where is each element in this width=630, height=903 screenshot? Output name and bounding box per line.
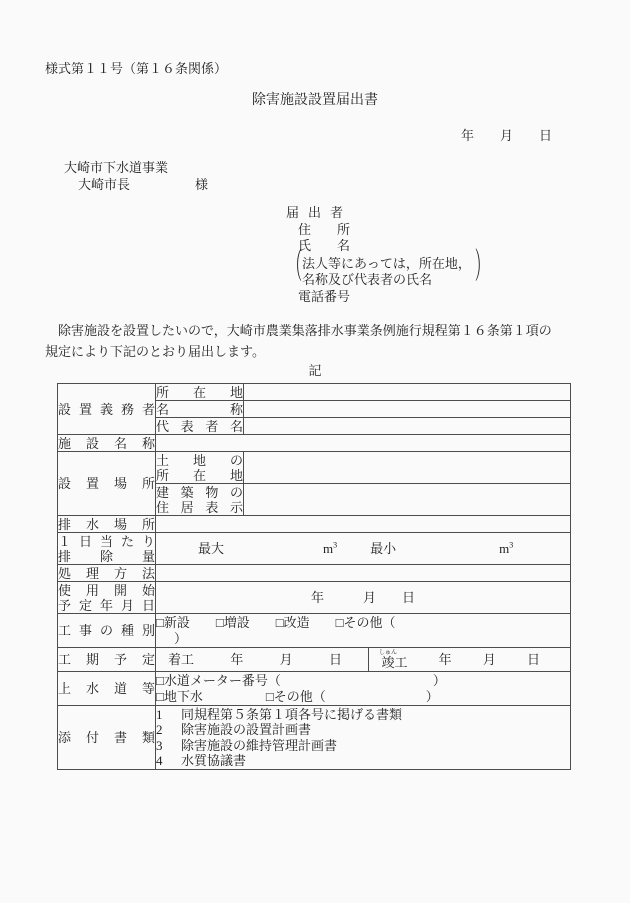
table-row: 工期予定 着工 年 月 日 竣しゅん工 年 月 日 xyxy=(58,648,571,672)
schedule-end-month: 月 xyxy=(483,652,496,667)
notifier-address-label: 住 所 xyxy=(298,222,630,239)
field-installer-representative xyxy=(244,418,571,435)
field-land-location xyxy=(244,452,571,484)
checkbox-icon: □ xyxy=(266,689,274,704)
schedule-start-year: 年 xyxy=(230,652,243,667)
corporate-note-line1: 法人等にあっては，所在地， xyxy=(302,256,471,272)
label-water-supply: 上水道等 xyxy=(58,672,156,706)
checkbox-icon: □ xyxy=(156,673,164,688)
water-other-close: ） xyxy=(426,689,439,704)
label-daily-discharge: １日当たり 排除量 xyxy=(58,533,156,565)
schedule-start-day: 日 xyxy=(329,652,342,667)
label-schedule: 工期予定 xyxy=(58,648,156,672)
field-daily-discharge: 最大m3最小m3 xyxy=(156,533,571,565)
checkbox-icon: □ xyxy=(156,615,164,630)
corporate-note-lines: 法人等にあっては，所在地， 名称及び代表者の氏名 xyxy=(302,256,471,288)
field-construction-type: □新設□増設□改造□その他（ ） xyxy=(156,614,571,648)
table-row: 工事の種別 □新設□増設□改造□その他（ ） xyxy=(58,614,571,648)
table-row: １日当たり 排除量 最大m3最小m3 xyxy=(58,533,571,565)
field-installer-location xyxy=(244,384,571,401)
field-facility-name xyxy=(156,435,571,452)
open-paren: （ xyxy=(288,251,298,292)
table-row: 上水道等 □水道メーター番号（） □地下水□その他（） xyxy=(58,672,571,706)
addressee-mayor: 大崎市長 xyxy=(78,176,195,193)
table-row: 添付書類 1同規程第５条第１項各号に掲げる書類 2除害施設の設置計画書 3除害施… xyxy=(58,706,571,770)
construction-options: □新設□増設□改造□その他（ xyxy=(156,615,570,631)
field-installer-name xyxy=(244,401,571,418)
sublabel-installer-location: 所在地 xyxy=(156,384,244,401)
table-row: 排水場所 xyxy=(58,516,571,533)
form-number: 様式第１１号（第１６条関係） xyxy=(45,60,630,77)
construction-other-close: ） xyxy=(156,631,570,647)
attachment-item: 3除害施設の維持管理計画書 xyxy=(156,738,570,754)
table-row: 処理方法 xyxy=(58,565,571,582)
option-label: 改造 xyxy=(284,615,310,630)
checkbox-icon: □ xyxy=(216,615,224,630)
sublabel-building-address: 建築物の 住居表示 xyxy=(156,484,244,516)
field-attachments: 1同規程第５条第１項各号に掲げる書類 2除害施設の設置計画書 3除害施設の維持管… xyxy=(156,706,571,770)
table-row: 施設名称 xyxy=(58,435,571,452)
checkbox-icon: □ xyxy=(276,615,284,630)
notifier-block: 届出者 住 所 氏 名 （ 法人等にあっては，所在地， 名称及び代表者の氏名 ）… xyxy=(286,205,630,305)
water-meter-close: ） xyxy=(433,673,446,688)
addressee-block: 大崎市下水道事業 大崎市長様 xyxy=(64,159,630,193)
label-installation-site: 設置場所 xyxy=(58,452,156,516)
form-table: 設置義務者 所在地 名称 代表者名 施設名称 設置場所 土地の 所在地 xyxy=(57,383,571,770)
discharge-min-label: 最小 xyxy=(370,541,396,556)
page-title: 除害施設設置届出書 xyxy=(0,92,630,110)
table-row: 使用開始 予定年月日 年 月 日 xyxy=(58,582,571,614)
addressee-org: 大崎市下水道事業 xyxy=(64,159,630,176)
field-start-date: 年 月 日 xyxy=(156,582,571,614)
field-drainage-site xyxy=(156,516,571,533)
record-mark: 記 xyxy=(0,363,630,379)
date-line: 年 月 日 xyxy=(0,127,630,144)
schedule-start-label: 着工 xyxy=(168,652,194,667)
label-start-date: 使用開始 予定年月日 xyxy=(58,582,156,614)
sublabel-installer-name: 名称 xyxy=(156,401,244,418)
option-new: □新設 xyxy=(156,615,190,630)
attachment-item: 4水質協議書 xyxy=(156,753,570,769)
body-paragraph: 除害施設を設置したいので，大崎市農業集落排水事業条例施行規程第１６条第１項の 規… xyxy=(45,320,567,362)
schedule-completion-label: 竣しゅん工 xyxy=(379,650,408,670)
notifier-phone-label: 電話番号 xyxy=(298,289,630,306)
water-other-label: その他（ xyxy=(274,689,326,704)
field-treatment-method xyxy=(156,565,571,582)
option-remodel: □改造 xyxy=(276,615,310,630)
discharge-max-label: 最大 xyxy=(198,541,224,556)
field-schedule-start: 着工 年 月 日 xyxy=(156,648,369,672)
label-drainage-site: 排水場所 xyxy=(58,516,156,533)
field-water-supply: □水道メーター番号（） □地下水□その他（） xyxy=(156,672,571,706)
option-label: 新設 xyxy=(164,615,190,630)
label-construction-type: 工事の種別 xyxy=(58,614,156,648)
corporate-note: （ 法人等にあっては，所在地， 名称及び代表者の氏名 ） xyxy=(288,256,630,288)
document-page: 様式第１１号（第１６条関係） 除害施設設置届出書 年 月 日 大崎市下水道事業 … xyxy=(0,0,630,903)
attachment-item: 2除害施設の設置計画書 xyxy=(156,722,570,738)
addressee-honorific: 様 xyxy=(195,177,208,192)
notifier-name-label: 氏 名 xyxy=(298,238,630,255)
label-facility-name: 施設名称 xyxy=(58,435,156,452)
water-meter-line: □水道メーター番号（） xyxy=(156,673,570,689)
label-attachments: 添付書類 xyxy=(58,706,156,770)
discharge-min-unit: m3 xyxy=(499,541,513,556)
option-label: その他（ xyxy=(343,615,395,630)
table-row: 設置義務者 所在地 xyxy=(58,384,571,401)
addressee-line: 大崎市長様 xyxy=(78,176,630,193)
attachment-item: 1同規程第５条第１項各号に掲げる書類 xyxy=(156,707,570,723)
schedule-end-year: 年 xyxy=(439,652,452,667)
groundwater-line: □地下水□その他（） xyxy=(156,689,570,705)
field-building-address xyxy=(244,484,571,516)
groundwater-label: 地下水 xyxy=(164,689,203,704)
corporate-note-line2: 名称及び代表者の氏名 xyxy=(302,272,471,288)
table-row: 設置場所 土地の 所在地 xyxy=(58,452,571,484)
schedule-end-day: 日 xyxy=(527,652,540,667)
option-expand: □増設 xyxy=(216,615,250,630)
close-paren: ） xyxy=(475,251,485,292)
notifier-heading: 届出者 xyxy=(286,205,630,222)
option-other: □その他（ xyxy=(336,615,396,630)
field-schedule-completion: 竣しゅん工 年 月 日 xyxy=(369,648,571,672)
option-label: 増設 xyxy=(224,615,250,630)
sublabel-installer-representative: 代表者名 xyxy=(156,418,244,435)
sublabel-land-location: 土地の 所在地 xyxy=(156,452,244,484)
water-meter-label: 水道メーター番号（ xyxy=(164,673,281,688)
discharge-max-unit: m3 xyxy=(323,541,337,556)
completion-ruby: 竣しゅん xyxy=(379,655,395,670)
checkbox-icon: □ xyxy=(156,689,164,704)
label-treatment-method: 処理方法 xyxy=(58,565,156,582)
label-installer: 設置義務者 xyxy=(58,384,156,435)
schedule-start-month: 月 xyxy=(280,652,293,667)
